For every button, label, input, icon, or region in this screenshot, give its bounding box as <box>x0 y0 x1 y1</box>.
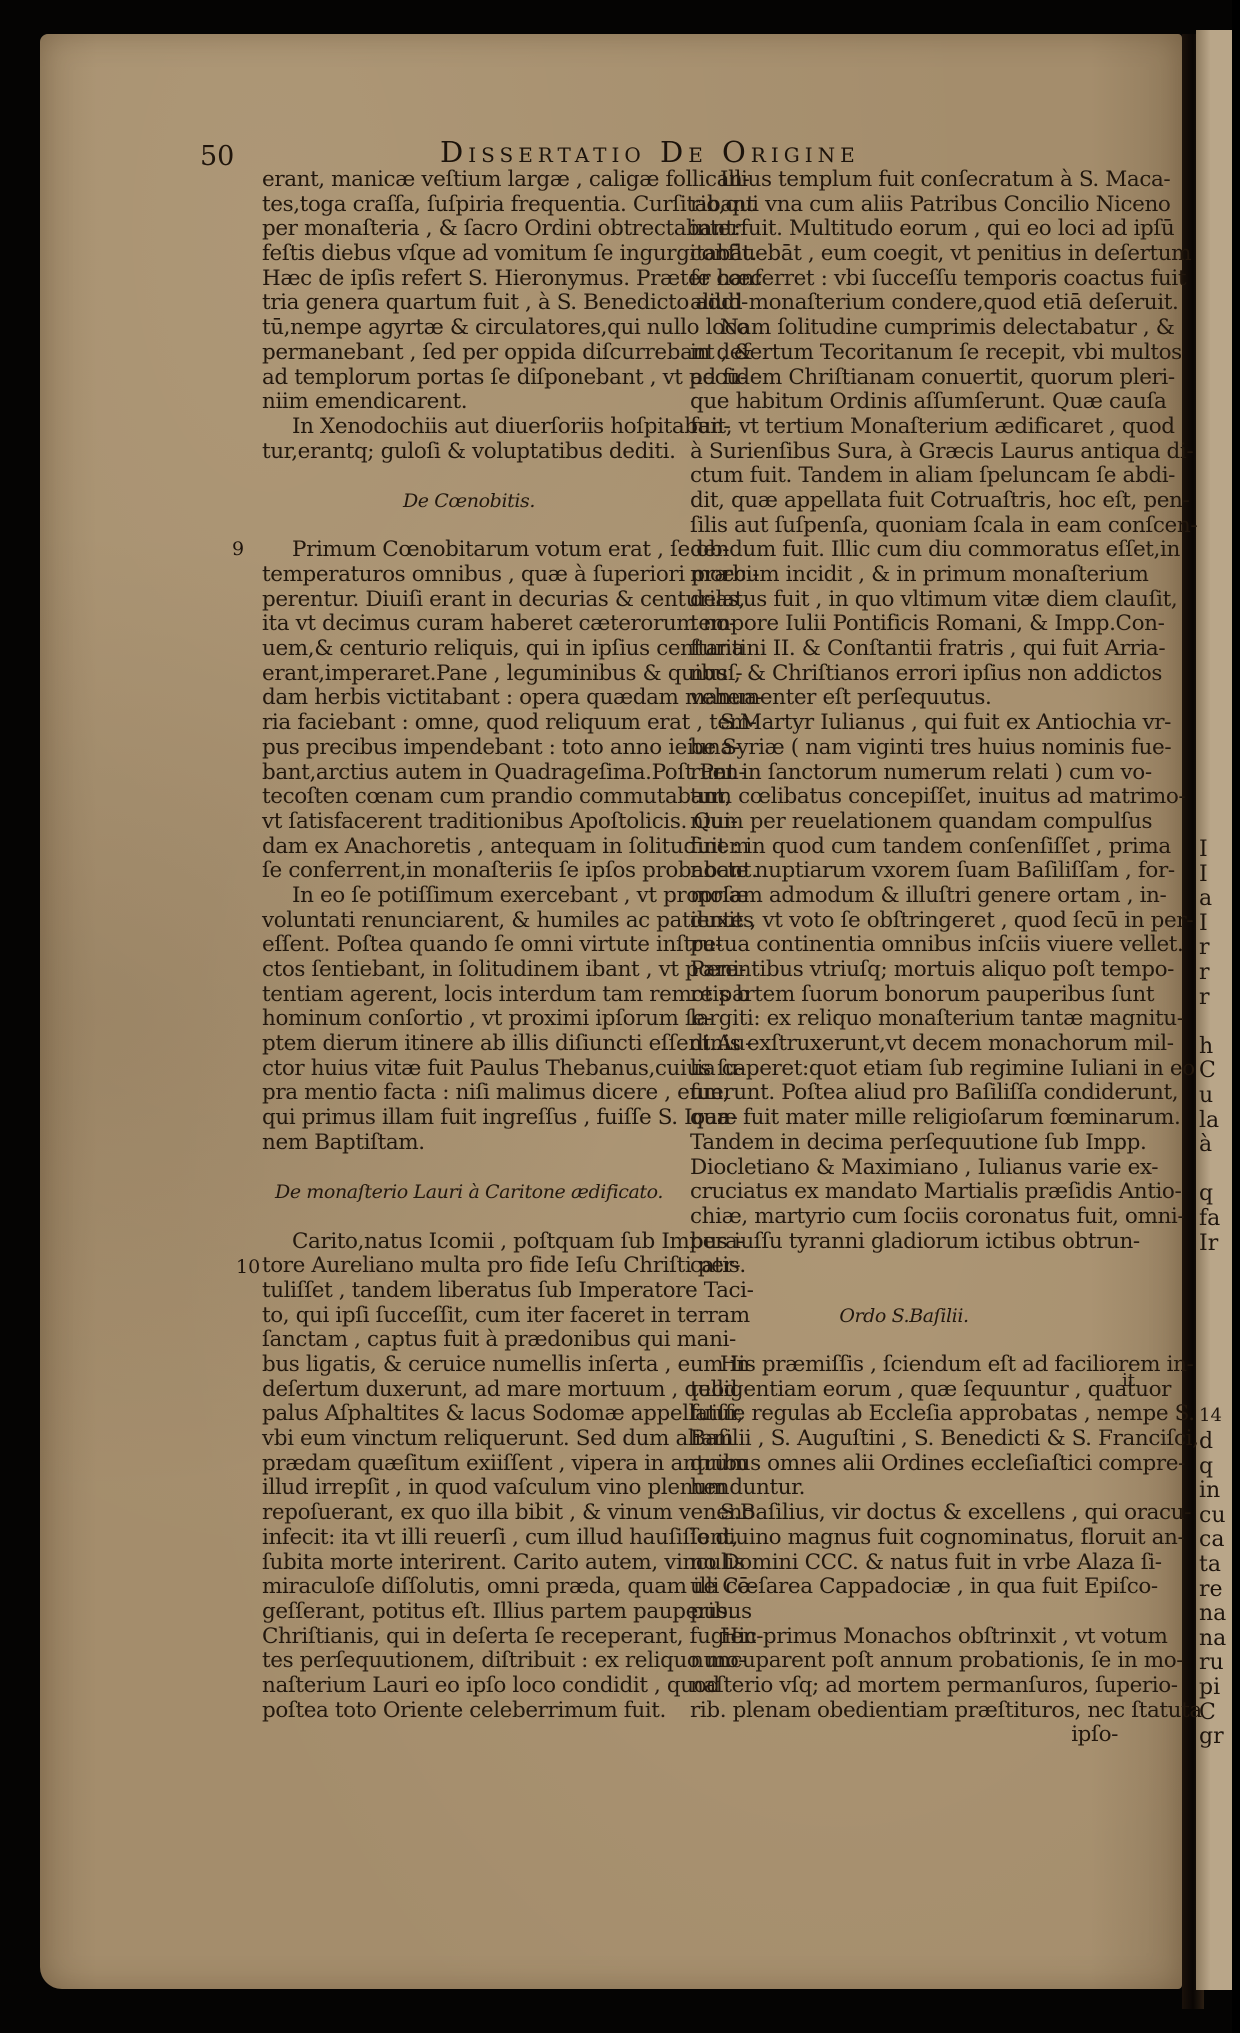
text-line: Primum Cœnobitarum votum erat , ſe ob- <box>262 538 676 563</box>
text-line: feſtis diebus vſque ad vomitum ſe ingurg… <box>262 242 676 267</box>
text-line: pra mentio facta : niſi malimus dicere ,… <box>262 1081 676 1106</box>
paragraph-in-eo: In eo ſe potiſſimum exercebant , vt prop… <box>262 884 676 1156</box>
text-line: dendum fuit. Illic cum diu commoratus eſ… <box>690 538 1118 563</box>
text-line: hominum conſortio , vt proximi ipſorum ſ… <box>262 1007 676 1032</box>
text-line: geſſerant, potitus eſt. Illius partem pa… <box>262 1600 676 1625</box>
text-line: largiti: ex reliquo monaſterium tantæ ma… <box>690 1007 1118 1032</box>
text-line: petua continentia omnibus inſciis viuere… <box>690 933 1118 958</box>
text-line: ctos ſentiebant, in ſolitudinem ibant , … <box>262 958 676 983</box>
text-line: nuncuparent poſt annum probationis, ſe i… <box>690 1649 1118 1674</box>
text-line: tum cœlibatus concepiſſet, inuitus ad ma… <box>690 785 1118 810</box>
text-line: ſilis aut ſuſpenſa, quoniam ſcala in eam… <box>690 514 1118 539</box>
text-line: Chriſtianis, qui in deſerta ſe receperan… <box>262 1625 676 1650</box>
text-line: permanebant , ſed per oppida diſcurreban… <box>262 341 676 366</box>
text-line: S.Baſilius, vir doctus & excellens , qui… <box>690 1501 1118 1526</box>
text-line: moſam admodum & illuſtri genere ortam , … <box>690 884 1118 909</box>
text-line: uem,& centurio reliquis, qui in ipſius c… <box>262 637 676 662</box>
text-line: naſterium Lauri eo ipſo loco condidit , … <box>262 1674 676 1699</box>
text-line: be Syriæ ( nam viginti tres huius nomini… <box>690 736 1118 761</box>
text-line: ſubita morte interirent. Carito autem, v… <box>262 1551 676 1576</box>
text-line: bus iuſſu tyranni gladiorum ictibus obtr… <box>690 1230 1118 1255</box>
text-line: telligentiam eorum , quæ ſequuntur , qua… <box>690 1378 1118 1403</box>
paragraph-martyr: S.Martyr Iulianus , qui fuit ex Antiochi… <box>690 711 1118 1279</box>
text-line: lia caperet:quot etiam ſub regimine Iuli… <box>690 1057 1118 1082</box>
text-line: deſertum duxerunt, ad mare mortuum , quo… <box>262 1378 676 1403</box>
text-line: ſtantini II. & Conſtantii fratris , qui … <box>690 637 1118 662</box>
text-line: vt ſatisfacerent traditionibus Apoſtolic… <box>262 810 676 835</box>
margin-number-9: 9 <box>232 538 244 560</box>
paragraph-continuation: erant, manicæ veſtium largæ , caligæ fol… <box>262 168 676 415</box>
text-line: Hic primus Monachos obſtrinxit , vt votu… <box>690 1625 1118 1650</box>
text-line: fuit, vt tertium Monaſterium ædificaret … <box>690 415 1118 440</box>
text-line: rib. plenam obedientiam præſtituros, nec… <box>690 1699 1118 1724</box>
paragraph-basilius: S.Baſilius, vir doctus & excellens , qui… <box>690 1501 1118 1624</box>
text-line: tentiam agerent, locis interdum tam remo… <box>262 983 676 1008</box>
section-heading-lauri: De monaſterio Lauri à Caritone ædificato… <box>262 1180 676 1205</box>
text-line: voluntati renunciarent, & humiles ac pat… <box>262 909 676 934</box>
catchword: ipſo- <box>690 1723 1118 1748</box>
adjacent-page-fragments-upper: I I a I r r r h C u la à q fa Ir <box>1199 838 1220 1256</box>
text-line: ctor huius vitæ fuit Paulus Thebanus,cui… <box>262 1057 676 1082</box>
text-line: tria genera quartum fuit , à S. Benedict… <box>262 291 676 316</box>
text-line: in deſertum Tecoritanum ſe recepit, vbi … <box>690 341 1118 366</box>
text-line: re partem ſuorum bonorum pauperibus ſunt <box>690 983 1118 1008</box>
text-line: runt in ſanctorum numerum relati ) cum v… <box>690 761 1118 786</box>
text-line: tes perſequutionem, diſtribuit : ex reli… <box>262 1649 676 1674</box>
text-line: pus precibus impendebant : toto anno iei… <box>262 736 676 761</box>
text-line: nocte nuptiarum vxorem ſuam Baſiliſſam ,… <box>690 859 1118 884</box>
text-line: qui primus illam fuit ingreſſus , fuiſſe… <box>262 1106 676 1131</box>
text-line: dam herbis victitabant : opera quædam ma… <box>262 686 676 711</box>
text-line: pus. <box>690 1600 1118 1625</box>
text-line: ſanctam , captus fuit à prædonibus qui m… <box>262 1328 676 1353</box>
text-line: no Domini CCC. & natus fuit in vrbe Alaz… <box>690 1551 1118 1576</box>
text-line: ria faciebant : omne, quod reliquum erat… <box>262 711 676 736</box>
text-line: catis. <box>690 1254 1118 1279</box>
adjacent-page-fragments-lower: d q in cu ca ta re na na ru pi C gr <box>1199 1430 1226 1750</box>
text-line: dinis exſtruxerunt,vt decem monachorum m… <box>690 1032 1118 1057</box>
text-line: tes,toga craſſa, ſuſpiria frequentia. Cu… <box>262 193 676 218</box>
text-line: Carito,natus Icomii , poſtquam ſub Imper… <box>262 1230 676 1255</box>
page-number: 50 <box>200 141 234 172</box>
text-line: repoſuerant, ex quo illa bibit , & vinum… <box>262 1501 676 1526</box>
text-line: quæ fuit mater mille religioſarum fœmina… <box>690 1106 1118 1131</box>
section-heading-basilii: Ordo S.Baſilii. <box>690 1304 1118 1329</box>
text-line: ctum fuit. Tandem in aliam ſpeluncam ſe … <box>690 464 1118 489</box>
text-line: vehementer eſt perſequutus. <box>690 686 1118 711</box>
text-line: infecit: ita vt illi reuerſi , cum illud… <box>262 1526 676 1551</box>
text-line: eſſent. Poſtea quando ſe omni virtute in… <box>262 933 676 958</box>
text-line: tore Aureliano multa pro fide Ieſu Chriſ… <box>262 1254 676 1279</box>
text-line: vbi eum vinctum reliquerunt. Sed dum ali… <box>262 1427 676 1452</box>
text-line: ita vt decimus curam haberet cæterorum n… <box>262 612 676 637</box>
text-line: ptem dierum itinere ab illis diſiuncti e… <box>262 1032 676 1057</box>
text-line: Nam ſolitudine cumprimis delectabatur , … <box>690 316 1118 341</box>
text-line: à Surienſibus Sura, à Græcis Laurus anti… <box>690 440 1118 465</box>
text-line: bant,arctius autem in Quadrageſima.Poſt … <box>262 761 676 786</box>
text-line: henduntur. <box>690 1476 1118 1501</box>
text-line: In eo ſe potiſſimum exercebant , vt prop… <box>262 884 676 909</box>
text-line: dam ex Anachoretis , antequam in ſolitud… <box>262 835 676 860</box>
text-line: erant,imperaret.Pane , leguminibus & qui… <box>262 662 676 687</box>
text-line: aliud monaſterium condere,quod etiā deſe… <box>690 291 1118 316</box>
paragraph-his: His præmiſſis , ſciendum eſt ad facilior… <box>690 1353 1118 1501</box>
text-line: tū,nempe agyrtæ & circulatores,qui nullo… <box>262 316 676 341</box>
text-line: temperaturos omnibus , quæ à ſuperiori p… <box>262 563 676 588</box>
text-line: S.Martyr Iulianus , qui fuit ex Antiochi… <box>690 711 1118 736</box>
text-line: tempore Iulii Pontificis Romani, & Impp.… <box>690 612 1118 637</box>
text-line: nem Baptiſtam. <box>262 1131 676 1156</box>
text-line: chiæ, martyrio cum ſociis coronatus fuit… <box>690 1205 1118 1230</box>
text-line: quibus omnes alii Ordines eccleſiaſtici … <box>690 1452 1118 1477</box>
text-line: morbum incidit , & in primum monaſterium <box>690 563 1118 588</box>
text-line: fuiſſe regulas ab Eccleſia approbatas , … <box>690 1402 1118 1427</box>
text-line: rio,qui vna cum aliis Patribus Concilio … <box>690 193 1118 218</box>
text-line: Parentibus vtriuſq; mortuis aliquo poſt … <box>690 958 1118 983</box>
text-line: poſtea toto Oriente celeberrimum fuit. <box>262 1699 676 1724</box>
text-line: duxit , vt voto ſe obſtringeret , quod ſ… <box>690 909 1118 934</box>
text-line: fuit : in quod cum tandem conſenſiſſet ,… <box>690 835 1118 860</box>
adjacent-page-edge: I I a I r r r h C u la à q fa Ir 14 d q … <box>1196 30 1232 1990</box>
section-heading-coenobitis: De Cœnobitis. <box>262 489 676 514</box>
text-line: delatus fuit , in quo vltimum vitæ diem … <box>690 588 1118 613</box>
text-line: tur,erantq; guloſi & voluptatibus dediti… <box>262 440 676 465</box>
text-line: bus ligatis, & ceruice numellis inſerta … <box>262 1353 676 1378</box>
text-line: to, qui ipſi ſucceſſit, cum iter faceret… <box>262 1304 676 1329</box>
text-line: niim emendicarent. <box>262 390 676 415</box>
text-line: nium per reuelationem quandam compulſus <box>690 810 1118 835</box>
text-line: interfuit. Multitudo eorum , qui eo loci… <box>690 217 1118 242</box>
text-line: erant, manicæ veſtium largæ , caligæ fol… <box>262 168 676 193</box>
paragraph-illius: Illius templum fuit conſecratum à S. Mac… <box>690 168 1118 316</box>
text-line: lo diuino magnus fuit cognominatus, flor… <box>690 1526 1118 1551</box>
text-line: tecoſten cœnam cum prandio commutabant, <box>262 785 676 810</box>
paragraph-hic: Hic primus Monachos obſtrinxit , vt votu… <box>690 1625 1118 1724</box>
text-line: Illius templum fuit conſecratum à S. Mac… <box>690 168 1118 193</box>
text-line: per monaſteria , & ſacro Ordini obtrecta… <box>262 217 676 242</box>
text-line: tuliſſet , tandem liberatus ſub Imperato… <box>262 1279 676 1304</box>
paragraph-xenodochiis: In Xenodochiis aut diuerſoriis hoſpitaba… <box>262 415 676 464</box>
text-line: nus , & Chriſtianos errori ipſius non ad… <box>690 662 1118 687</box>
text-line: ſe conferret : vbi ſucceſſu temporis coa… <box>690 267 1118 292</box>
adjacent-page-folio: 14 <box>1199 1404 1222 1429</box>
margin-number-10: 10 <box>236 1256 260 1278</box>
text-line: confluebāt , eum coegit, vt penitius in … <box>690 242 1118 267</box>
running-title: Dissertatio De Origine <box>440 135 860 169</box>
text-line: Diocletiano & Maximiano , Iulianus varie… <box>690 1156 1118 1181</box>
paragraph-primum: Primum Cœnobitarum votum erat , ſe ob-te… <box>262 538 676 884</box>
text-line: naſterio vſq; ad mortem permanſuros, ſup… <box>690 1674 1118 1699</box>
text-line: ue Cæſarea Cappadociæ , in qua fuit Epiſ… <box>690 1575 1118 1600</box>
text-line: prædam quæſitum exiiſſent , vipera in an… <box>262 1452 676 1477</box>
text-line: dit, quæ appellata fuit Cotruaſtris, hoc… <box>690 489 1118 514</box>
text-line: perentur. Diuiſi erant in decurias & cen… <box>262 588 676 613</box>
text-line: palus Aſphaltites & lacus Sodomæ appella… <box>262 1402 676 1427</box>
scan-border <box>1232 0 1240 2033</box>
text-line: fuerunt. Poſtea aliud pro Baſiliſſa cond… <box>690 1081 1118 1106</box>
text-line: Hæc de ipſis refert S. Hieronymus. Præte… <box>262 267 676 292</box>
right-column: Illius templum fuit conſecratum à S. Mac… <box>690 168 1118 1748</box>
paragraph-nam: Nam ſolitudine cumprimis delectabatur , … <box>690 316 1118 711</box>
text-line: ſe conferrent,in monaſteriis ſe ipſos pr… <box>262 859 676 884</box>
paragraph-carito: Carito,natus Icomii , poſtquam ſub Imper… <box>262 1230 676 1724</box>
text-line: ad fidem Chriſtianam conuertit, quorum p… <box>690 366 1118 391</box>
text-line: miraculoſe diſſolutis, omni præda, quam … <box>262 1575 676 1600</box>
text-line: His præmiſſis , ſciendum eſt ad facilior… <box>690 1353 1118 1378</box>
left-column: erant, manicæ veſtium largæ , caligæ fol… <box>262 168 676 1723</box>
text-line: In Xenodochiis aut diuerſoriis hoſpitaba… <box>262 415 676 440</box>
text-line: illud irrepſit , in quod vaſculum vino p… <box>262 1476 676 1501</box>
margin-note: it <box>1122 1370 1135 1391</box>
text-line: Baſilii , S. Auguſtini , S. Benedicti & … <box>690 1427 1118 1452</box>
text-line: Tandem in decima perſequutione ſub Impp. <box>690 1131 1118 1156</box>
text-line: cruciatus ex mandato Martialis præſidis … <box>690 1180 1118 1205</box>
text-line: ad templorum portas ſe diſponebant , vt … <box>262 366 676 391</box>
text-line: que habitum Ordinis aſſumſerunt. Quæ cau… <box>690 390 1118 415</box>
